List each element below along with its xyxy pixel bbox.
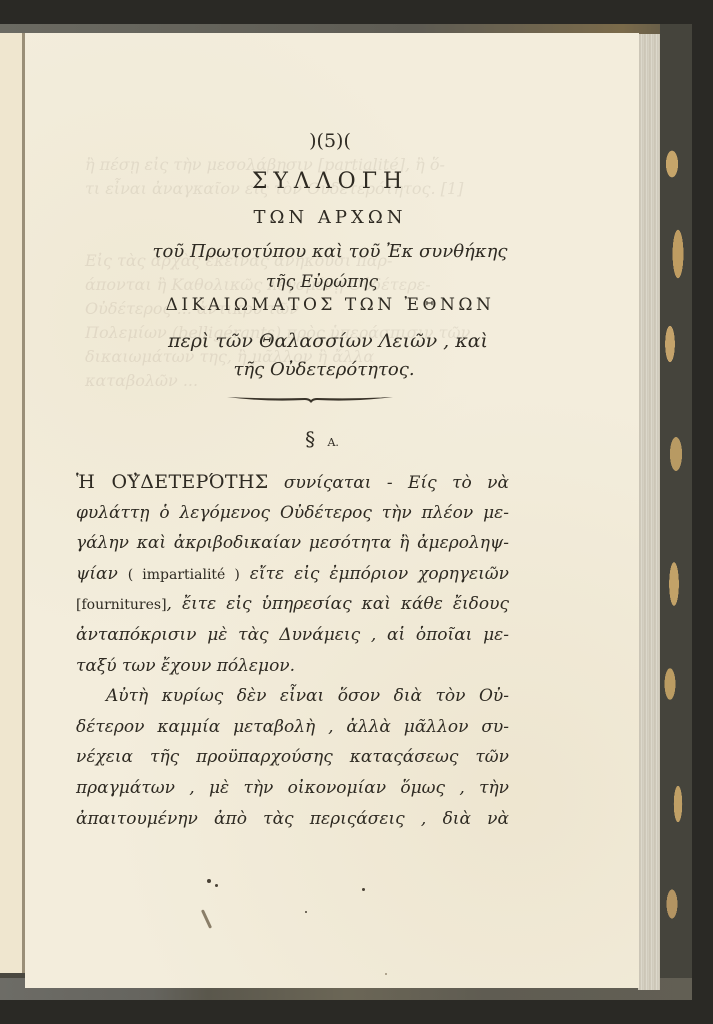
subtitle-thalassion: περὶ τῶν Θαλασσίων Λειῶν , καὶ <box>21 330 635 352</box>
section-heading: § Α. <box>15 427 629 451</box>
text-fragment: εἴτε εἰς ἐμπόριον χορηγειῶν <box>250 564 509 584</box>
section-number: Α. <box>327 436 338 449</box>
text-line: ἀπαιτουμένην ἀπὸ τὰς περιςάσεις , διὰ νὰ <box>76 804 509 835</box>
body-text: Ἡ ΟΥ̓ΔΕΤΕΡΌΤΗΣ συνίςαται - Είς τὸ νὰ φυλ… <box>76 467 509 834</box>
text-line: [fournitures], ἔιτε εἰς ὑπηρεσίας καὶ κά… <box>76 589 509 620</box>
subtitle-oudeterotitos: τῆς Οὐδετερότητος. <box>17 359 631 380</box>
ornamental-rule-icon <box>225 393 395 405</box>
text-fragment: ψίαν <box>76 564 118 584</box>
text-line: γάλην καὶ ἀκριβοδικαίαν μεσότητα ἢ ἀμερο… <box>76 528 509 559</box>
title-ton-archon: ΤΩΝ ΑΡΧΩΝ <box>23 207 637 228</box>
book-page: ἢ πέσῃ εἰς τὴν μεσολάβησιν [partialité],… <box>25 33 639 988</box>
facing-page-strip <box>0 33 23 973</box>
section-mark-icon: § <box>305 427 315 451</box>
text-line: δέτερον καμμία μεταβολὴ , ἀλλὰ μᾶλλον συ… <box>76 712 509 743</box>
text-fragment: συνίςαται - Είς τὸ νὰ <box>268 473 509 493</box>
lead-caps: Ἡ ΟΥ̓ΔΕΤΕΡΌΤΗΣ <box>76 471 268 493</box>
french-gloss: [fournitures] <box>76 597 167 613</box>
french-gloss: ( impartialité ) <box>128 567 240 583</box>
paper-speck <box>305 911 307 913</box>
text-line: ἀνταπόκρισιν μὲ τὰς Δυνάμεις , αἱ ὁποῖαι… <box>76 620 509 651</box>
paper-mark <box>201 909 212 928</box>
marbled-cover-edge <box>660 24 692 1000</box>
paper-speck <box>362 888 365 891</box>
text-line: ταξύ των ἔχουν πόλεμον. <box>76 651 509 682</box>
text-line: Αὐτὴ κυρίως δὲν εἶναι ὅσον διὰ τὸν Οὐ- <box>76 681 509 712</box>
text-line: νέχεια τῆς προϋπαρχούσης καταςάσεως τῶν <box>76 742 509 773</box>
text-line: ψίαν ( impartialité ) εἴτε εἰς ἐμπόριον … <box>76 559 509 590</box>
paper-speck <box>215 884 218 887</box>
text-fragment: , ἔιτε εἰς ὑπηρεσίας καὶ κάθε ἔιδους <box>167 594 509 614</box>
text-line: Ἡ ΟΥ̓ΔΕΤΕΡΌΤΗΣ συνίςαται - Είς τὸ νὰ <box>76 467 509 498</box>
subtitle-evropis: τῆς Εὐρώπης <box>15 272 629 292</box>
book-scan: ἢ πέσῃ εἰς τὴν μεσολάβησιν [partialité],… <box>0 0 713 1024</box>
page-edges <box>638 34 660 990</box>
paper-speck <box>207 879 211 883</box>
page-number: )(5)( <box>23 130 637 152</box>
title-syllogi: ΣΥΛΛΟΓΗ <box>23 169 637 194</box>
paper-speck <box>385 973 387 975</box>
text-line: φυλάττῃ ὁ λεγόμενος Οὐδέτερος τὴν πλέον … <box>76 498 509 529</box>
text-line: πραγμάτων , μὲ τὴν οἰκονομίαν ὅμως , τὴν <box>76 773 509 804</box>
subtitle-prototypou: τοῦ Πρωτοτύπου καὶ τοῦ Ἐκ συνθήκης <box>23 241 637 262</box>
title-dikaiomatos: ΔΙΚΑΙΩΜΑΤΟΣ ΤΩΝ ἘΘΝΩΝ <box>23 295 637 315</box>
